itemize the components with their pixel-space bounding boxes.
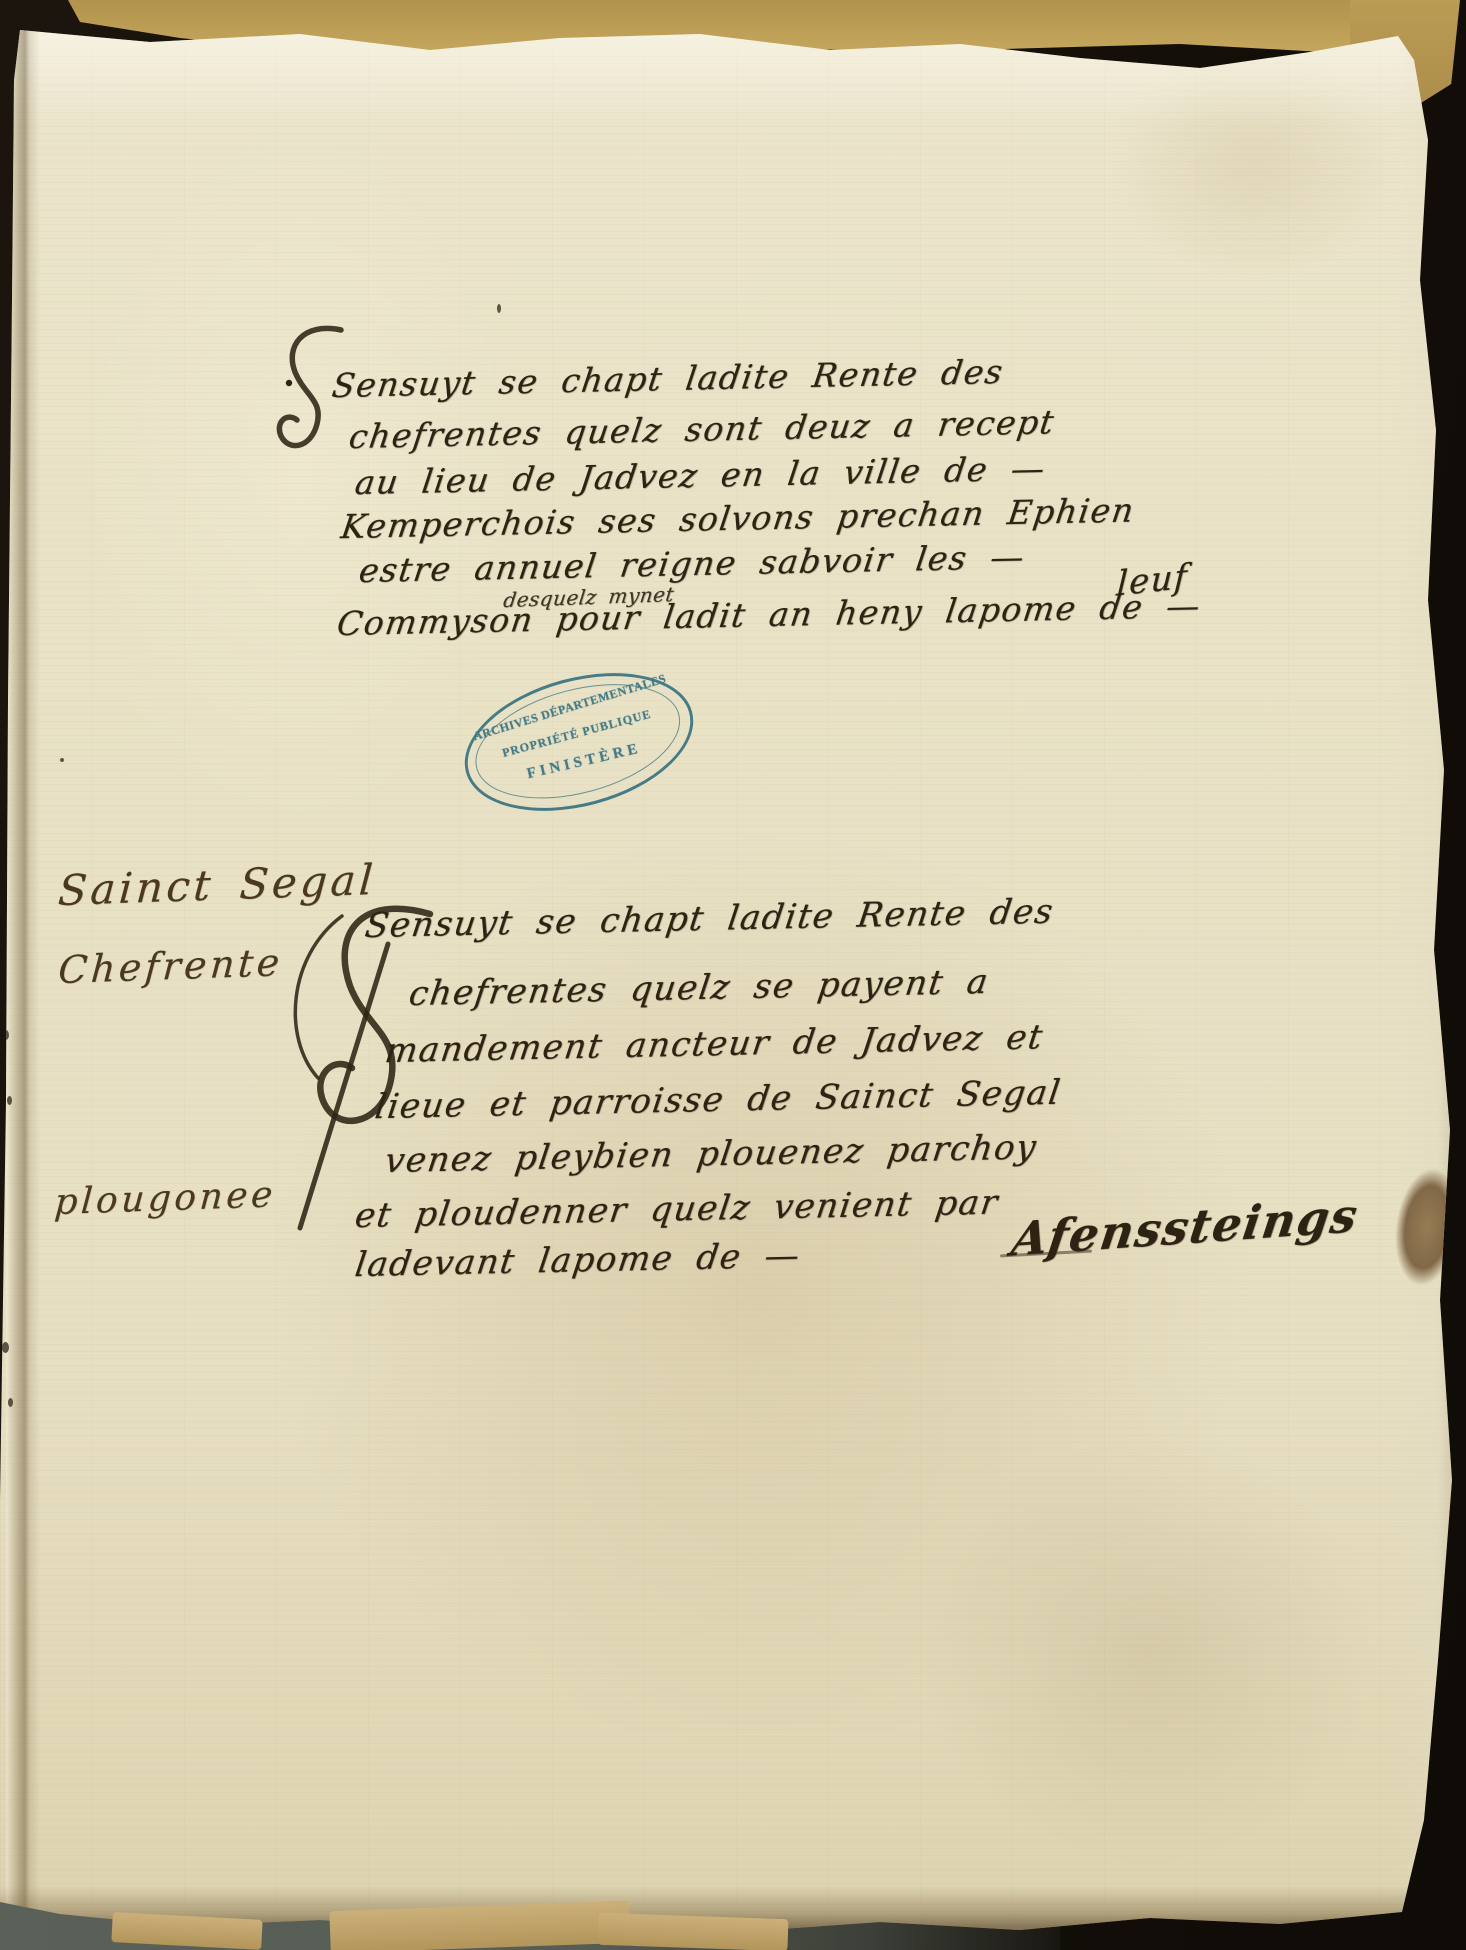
margin-amount-note: leuf bbox=[1116, 557, 1189, 605]
paper-scrap bbox=[597, 1913, 788, 1950]
manuscript-line: ladevant lapome de — bbox=[353, 1236, 804, 1285]
manuscript-line: chefrentes quelz sont deuz a recept bbox=[347, 402, 1058, 456]
worn-right-edge bbox=[1396, 0, 1466, 1950]
binding-gutter-crease bbox=[6, 0, 40, 1950]
manuscript-page: 2. Sensuyt se chapt ladite Rente des che… bbox=[0, 0, 1466, 1950]
manuscript-line: lieue et parroisse de Sainct Segal bbox=[373, 1073, 1064, 1127]
manuscript-line: Sensuyt se chapt ladite Rente des bbox=[330, 352, 1007, 405]
stitch-mark bbox=[2, 1342, 9, 1353]
manuscript-line: Sensuyt se chapt ladite Rente des bbox=[363, 892, 1057, 947]
stitch-mark bbox=[7, 1096, 12, 1105]
marginal-heading-place2: plougonee bbox=[53, 1174, 277, 1223]
stitch-mark bbox=[3, 1030, 9, 1040]
stitch-mark bbox=[8, 1398, 13, 1407]
manuscript-line: mandement ancteur de Jadvez et bbox=[383, 1017, 1047, 1071]
manuscript-line: estre annuel reigne sabvoir les — bbox=[357, 537, 1028, 590]
ink-speck bbox=[60, 758, 64, 762]
archive-stamp: ARCHIVES DÉPARTEMENTALES PROPRIÉTÉ PUBLI… bbox=[449, 650, 708, 834]
marginal-heading-renttype: Chefrente bbox=[57, 940, 284, 992]
flourished-annotation: Afenssteings bbox=[1008, 1188, 1362, 1267]
manuscript-line: chefrentes quelz se payent a bbox=[407, 962, 992, 1014]
ink-speck bbox=[497, 304, 501, 313]
manuscript-line: venez pleybien plouenez parchoy bbox=[383, 1127, 1040, 1181]
manuscript-photo: 2. Sensuyt se chapt ladite Rente des che… bbox=[0, 0, 1466, 1950]
manuscript-line: Commyson pour ladit an heny lapome de — bbox=[335, 586, 1204, 643]
